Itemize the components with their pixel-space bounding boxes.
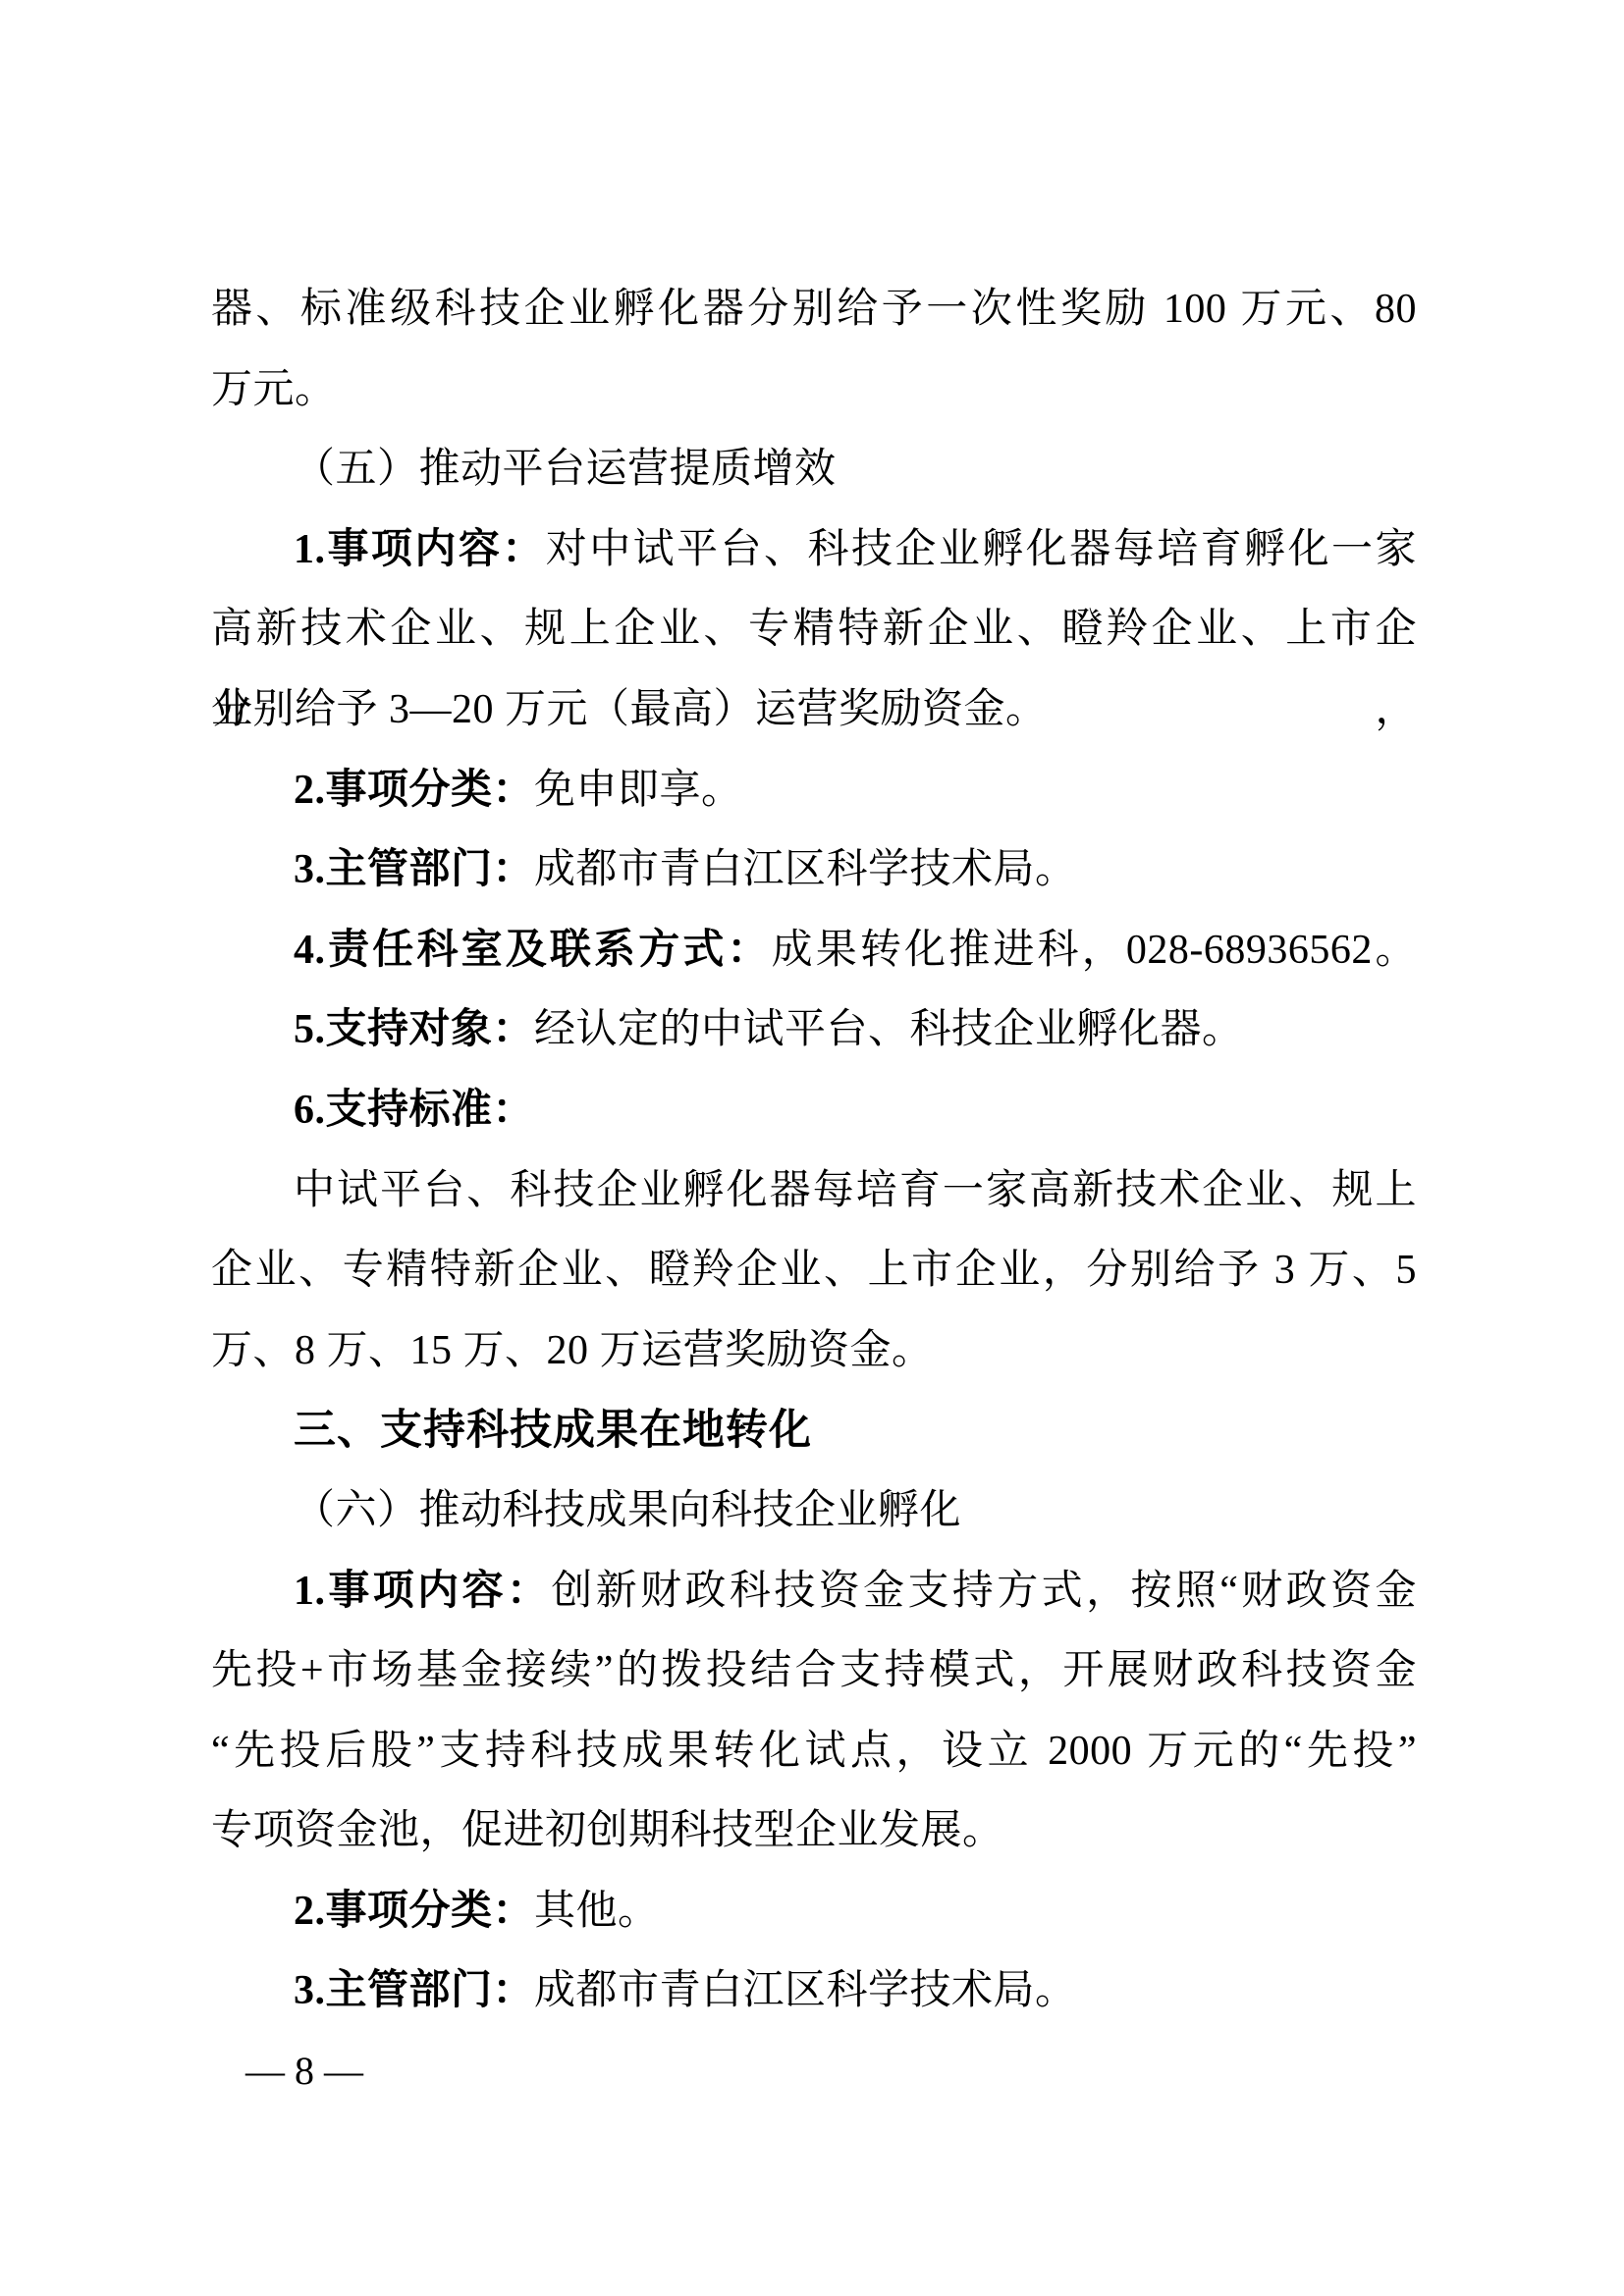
text-line: 中试平台、科技企业孵化器每培育一家高新技术企业、规上	[211, 1151, 1417, 1232]
page-number: — 8 —	[245, 2031, 363, 2111]
text-segment: 器、标准级科技企业孵化器分别给予一次性奖励 100 万元、80	[211, 287, 1417, 332]
text-segment: “先投后股”支持科技成果转化试点，设立 2000 万元的“先投”	[211, 1729, 1417, 1774]
bold-label: 5.支持对象：	[294, 1007, 534, 1052]
content: 器、标准级科技企业孵化器分别给予一次性奖励 100 万元、80万元。（五）推动平…	[211, 270, 1417, 2032]
bold-label: 2.事项分类：	[294, 768, 534, 813]
document-page: 器、标准级科技企业孵化器分别给予一次性奖励 100 万元、80万元。（五）推动平…	[0, 0, 1624, 2296]
bold-label: 1.事项内容：	[294, 1569, 551, 1614]
bold-label: 6.支持标准：	[294, 1088, 534, 1133]
bold-label: 1.事项内容：	[294, 527, 546, 572]
text-line: “先投后股”支持科技成果转化试点，设立 2000 万元的“先投”	[211, 1712, 1417, 1792]
bold-label: 3.主管部门：	[294, 847, 534, 892]
text-segment: 创新财政科技资金支持方式，按照“财政资金	[551, 1569, 1417, 1614]
text-segment: 万、8 万、15 万、20 万运营奖励资金。	[211, 1328, 934, 1373]
text-segment: 专项资金池，促进初创期科技型企业发展。	[211, 1808, 1004, 1853]
text-line: 2.事项分类：其他。	[211, 1872, 1417, 1952]
text-line: 3.主管部门：成都市青白江区科学技术局。	[211, 830, 1417, 911]
text-segment: （六）推动科技成果向科技企业孵化	[294, 1488, 961, 1533]
bold-label: 3.主管部门：	[294, 1968, 534, 2013]
text-line: 万元。	[211, 350, 1417, 431]
text-line: 3.主管部门：成都市青白江区科学技术局。	[211, 1951, 1417, 2032]
text-segment: 成都市青白江区科学技术局。	[534, 1968, 1077, 2013]
text-segment: 成果转化推进科，028-68936562。	[772, 928, 1417, 973]
bold-label: 4.责任科室及联系方式：	[294, 928, 772, 973]
text-segment: 中试平台、科技企业孵化器每培育一家高新技术企业、规上	[294, 1168, 1417, 1213]
text-segment: 万元。	[211, 367, 337, 412]
bold-label: 三、支持科技成果在地转化	[294, 1406, 812, 1455]
bold-label: 2.事项分类：	[294, 1889, 534, 1934]
text-segment: 经认定的中试平台、科技企业孵化器。	[534, 1007, 1244, 1052]
text-segment: （五）推动平台运营提质增效	[294, 447, 837, 492]
text-line: 2.事项分类：免申即享。	[211, 751, 1417, 831]
text-line: （五）推动平台运营提质增效	[211, 430, 1417, 510]
text-segment: 分别给予 3—20 万元（最高）运营奖励资金。	[211, 687, 1048, 732]
text-line: 企业、专精特新企业、瞪羚企业、上市企业，分别给予 3 万、5	[211, 1231, 1417, 1311]
text-line: 6.支持标准：	[211, 1071, 1417, 1151]
text-line: 万、8 万、15 万、20 万运营奖励资金。	[211, 1311, 1417, 1392]
text-line: 器、标准级科技企业孵化器分别给予一次性奖励 100 万元、80	[211, 270, 1417, 350]
text-segment: 成都市青白江区科学技术局。	[534, 847, 1077, 892]
text-segment: 其他。	[534, 1889, 660, 1934]
text-line: 高新技术企业、规上企业、专精特新企业、瞪羚企业、上市企业，	[211, 590, 1417, 670]
text-line: 4.责任科室及联系方式：成果转化推进科，028-68936562。	[211, 911, 1417, 991]
text-line: 1.事项内容：对中试平台、科技企业孵化器每培育孵化一家	[211, 510, 1417, 591]
text-segment: 先投+市场基金接续”的拨投结合支持模式，开展财政科技资金	[211, 1648, 1417, 1693]
text-line: 专项资金池，促进初创期科技型企业发展。	[211, 1791, 1417, 1872]
text-segment: 对中试平台、科技企业孵化器每培育孵化一家	[546, 527, 1417, 572]
text-line: 先投+市场基金接续”的拨投结合支持模式，开展财政科技资金	[211, 1631, 1417, 1712]
text-line: 三、支持科技成果在地转化	[211, 1391, 1417, 1471]
text-segment: 免申即享。	[534, 768, 743, 813]
text-segment: 企业、专精特新企业、瞪羚企业、上市企业，分别给予 3 万、5	[211, 1248, 1417, 1293]
text-line: （六）推动科技成果向科技企业孵化	[211, 1471, 1417, 1552]
text-line: 5.支持对象：经认定的中试平台、科技企业孵化器。	[211, 990, 1417, 1071]
text-line: 1.事项内容：创新财政科技资金支持方式，按照“财政资金	[211, 1552, 1417, 1632]
